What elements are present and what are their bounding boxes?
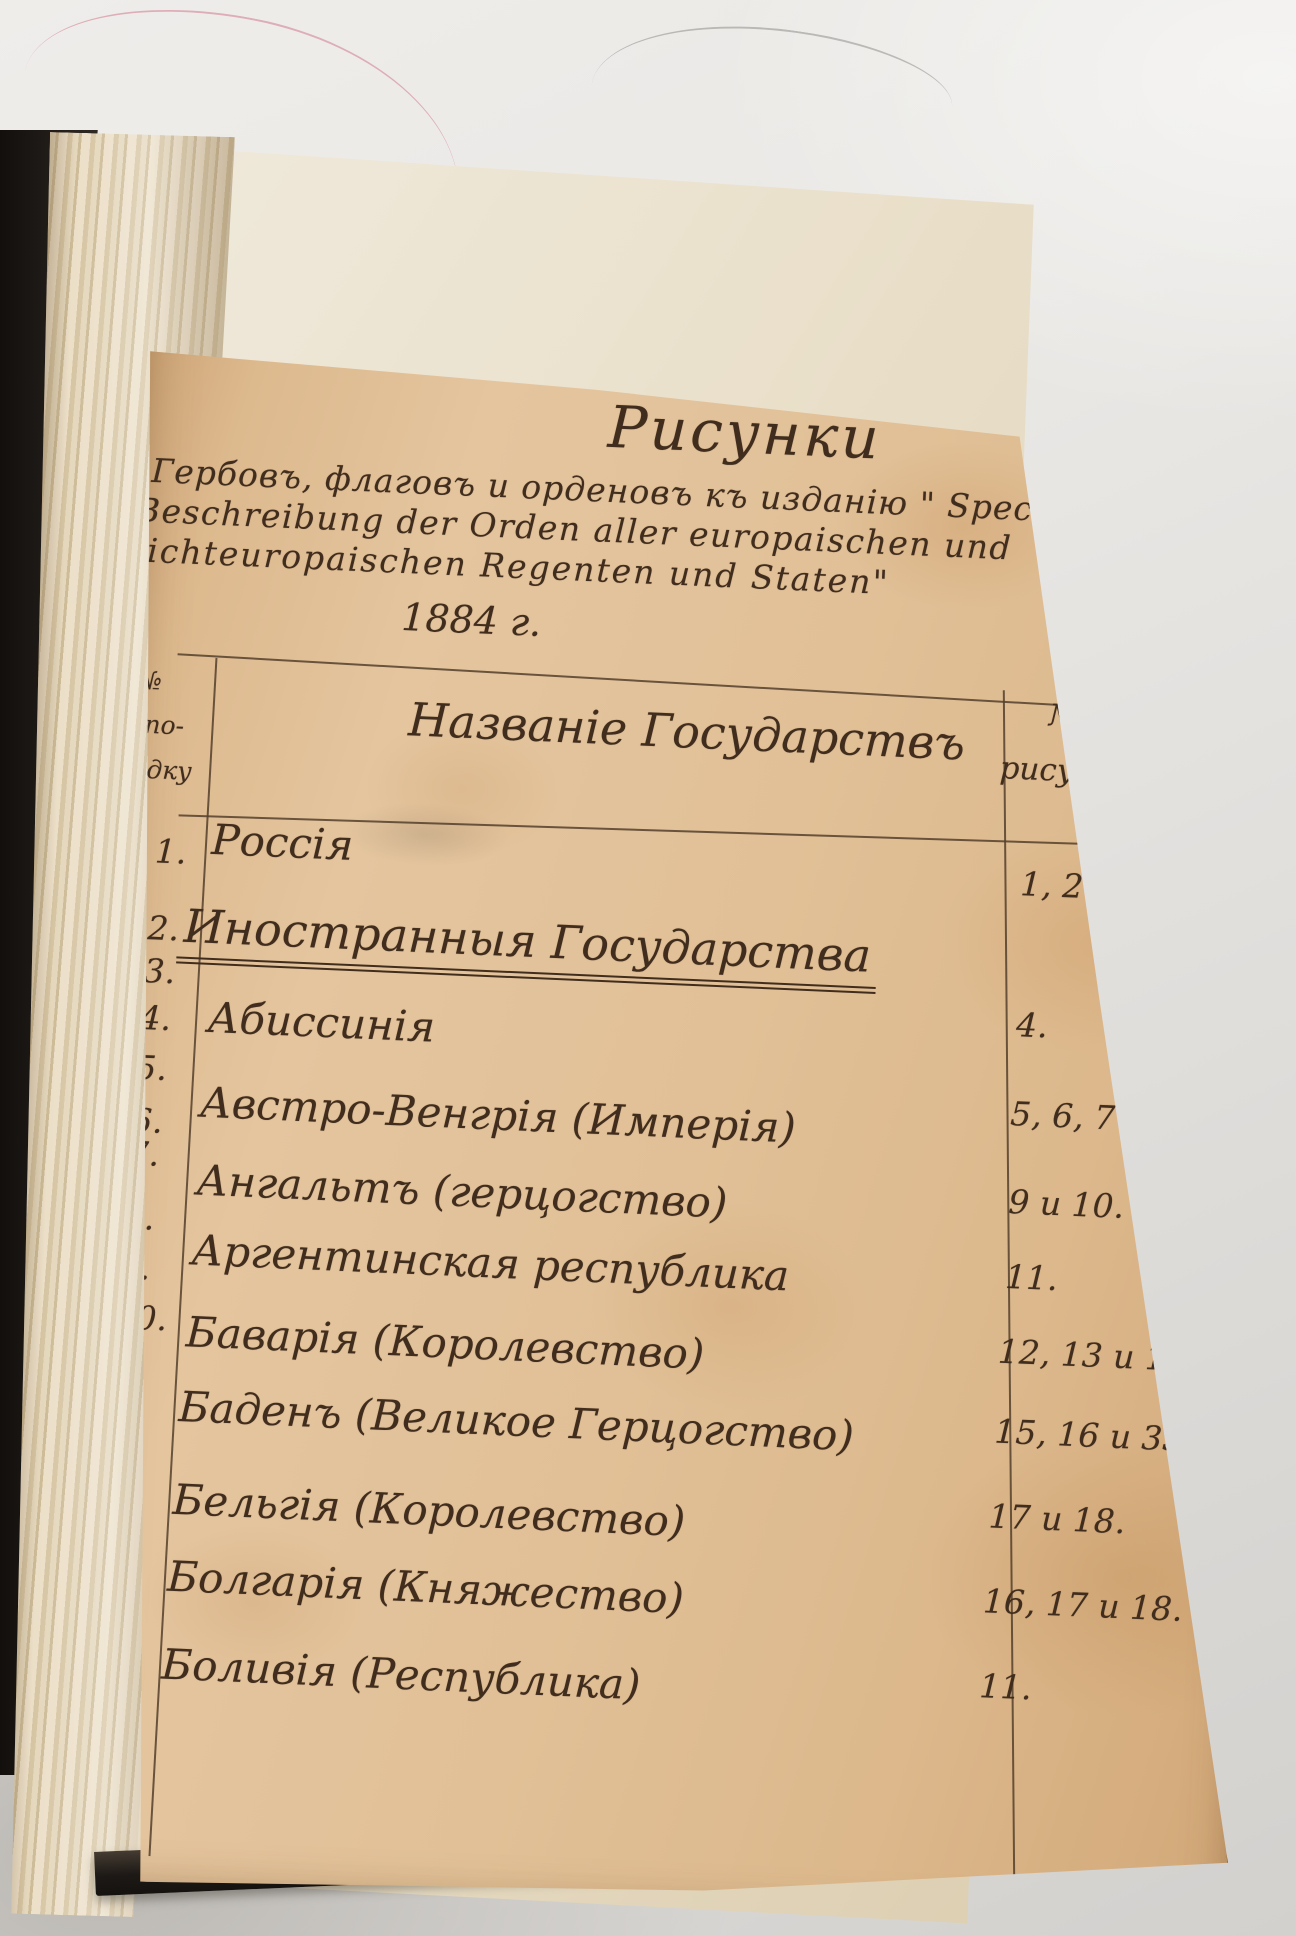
row-figure-numbers: 5, 6, 7 и 8. [1010,1094,1190,1141]
col-name-header: Названіе Государствъ [336,689,1038,773]
row-figure-numbers: 12, 13 и 14. [997,1332,1198,1380]
col-index-header-line3: дку [146,755,193,786]
row-country-name: Баденъ (Великое Герцогство) [178,1382,855,1460]
row-country-name: Австро-Венгрія (Имперія) [199,1078,797,1153]
row-figure-numbers: 1, 2 и 3. [1020,864,1158,909]
row-figure-numbers: 11. [1004,1257,1058,1298]
row-figure-numbers: 4. [1015,1005,1048,1045]
row-index-number: 1. [154,831,187,871]
row-country-name: Бельгія (Королевство) [172,1475,687,1546]
table-border-right [1166,703,1231,1896]
row-index-number: 2. [147,908,180,948]
year-line: 1884 г. [321,591,623,648]
manuscript-page: Рисунки Гербовъ, флаговъ и орденовъ къ и… [66,300,1294,1929]
row-country-name: Боливія (Республика) [160,1639,641,1709]
row-country-name: Баварія (Королевство) [185,1307,705,1379]
row-figure-numbers: 11. [979,1666,1033,1707]
photo-scene: Рисунки Гербовъ, флаговъ и орденовъ къ и… [0,0,1296,1936]
row-country-name: Абиссинія [207,993,436,1052]
row-figure-numbers: 15, 16 и 33. [994,1412,1195,1460]
col-figures-header-line2: рисунковъ [960,748,1211,795]
col-index-header-line2: по- [144,710,185,741]
row-country-name: Аргентинская республика [191,1225,791,1300]
row-index-number: 3. [143,951,176,991]
row-country-name: Ангальтъ (герцогство) [196,1156,729,1228]
row-figure-numbers: 17 и 18. [988,1496,1126,1541]
section-heading: Иностранныя Государства [167,898,889,983]
row-figure-numbers: 9 и 10. [1008,1182,1125,1226]
row-country-name: Болгарія (Княжество) [166,1552,685,1624]
row-country-name: Россія [210,815,354,870]
col-figures-header-line1: № № [1007,696,1178,738]
